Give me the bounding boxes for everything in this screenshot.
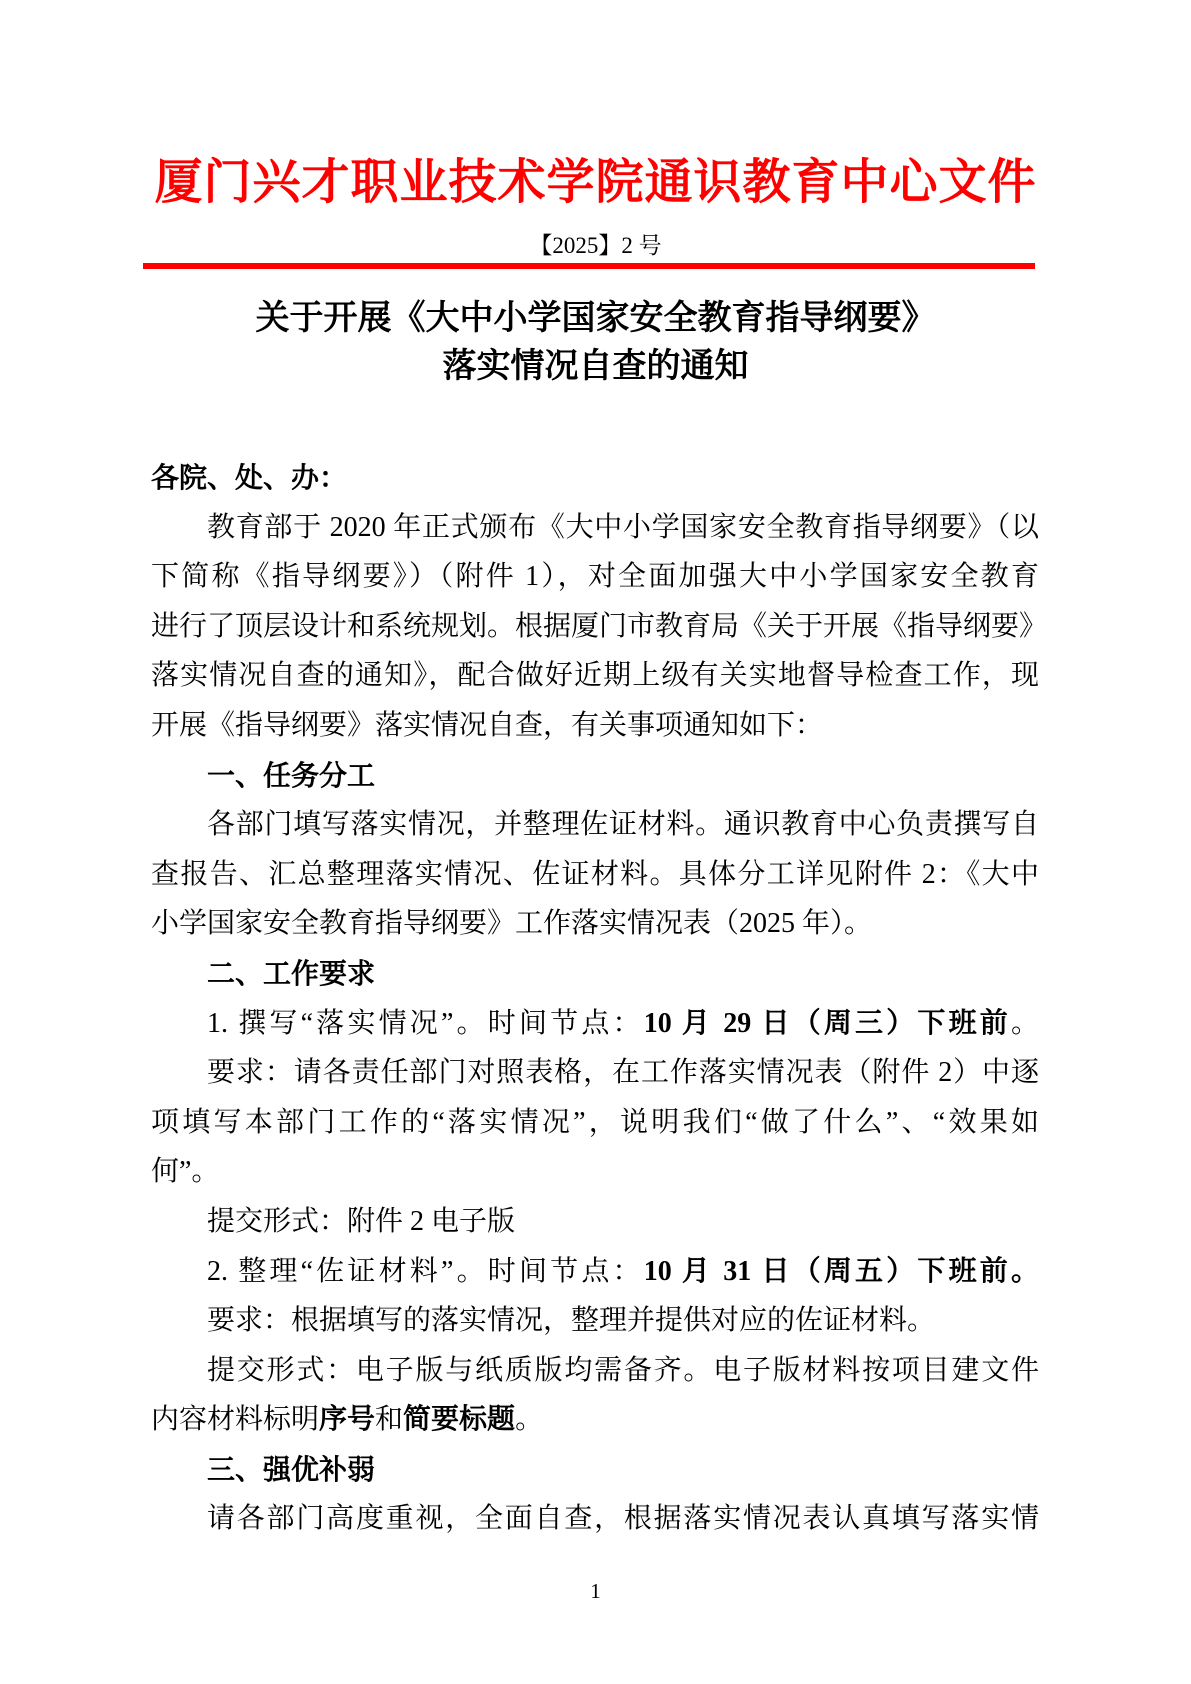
body-text-segment: 项填写本部门工作的“落实情况”，说明我们“做了什么”、“效果如 [151, 1107, 1039, 1138]
body-line: 落实情况自查的通知》，配合做好近期上级有关实地督导检查工作，现 [151, 651, 1039, 701]
section-heading: 二、工作要求 [151, 949, 1039, 999]
body-line: 各部门填写落实情况，并整理佐证材料。通识教育中心负责撰写自 [151, 800, 1039, 850]
section-heading: 三、强优补弱 [151, 1445, 1039, 1495]
red-divider-line [143, 263, 1035, 269]
document-body: 各院、处、办：教育部于 2020 年正式颁布《大中小学国家安全教育指导纲要》（以… [151, 453, 1039, 1544]
body-line: 项填写本部门工作的“落实情况”，说明我们“做了什么”、“效果如 [151, 1098, 1039, 1148]
body-text-segment: 要求：请各责任部门对照表格，在工作落实情况表（附件 2）中逐 [207, 1057, 1039, 1088]
page-number: 1 [0, 1578, 1191, 1604]
issue-number: 【2025】2 号 [0, 232, 1191, 260]
body-text-segment: 内容材料标明 [151, 1404, 319, 1435]
body-text-segment: 和 [375, 1404, 403, 1435]
body-line: 1. 撰写“落实情况”。时间节点：10 月 29 日（周三）下班前。 [151, 999, 1039, 1049]
body-line: 提交形式：附件 2 电子版 [151, 1197, 1039, 1247]
section-heading: 一、任务分工 [151, 751, 1039, 801]
body-text-segment: 教育部于 2020 年正式颁布《大中小学国家安全教育指导纲要》（以 [207, 512, 1039, 543]
body-line: 进行了顶层设计和系统规划。根据厦门市教育局《关于开展《指导纲要》 [151, 602, 1039, 652]
body-line: 要求：根据填写的落实情况，整理并提供对应的佐证材料。 [151, 1296, 1039, 1346]
document-title-line1: 关于开展《大中小学国家安全教育指导纲要》 [146, 294, 1045, 342]
body-line: 内容材料标明序号和简要标题。 [151, 1395, 1039, 1445]
body-line: 要求：请各责任部门对照表格，在工作落实情况表（附件 2）中逐 [151, 1048, 1039, 1098]
body-text-segment: 进行了顶层设计和系统规划。根据厦门市教育局《关于开展《指导纲要》 [151, 611, 1039, 642]
body-line: 查报告、汇总整理落实情况、佐证材料。具体分工详见附件 2：《大中 [151, 850, 1039, 900]
body-text-segment: 。 [515, 1404, 543, 1435]
body-text-segment: 开展《指导纲要》落实情况自查，有关事项通知如下： [151, 710, 823, 741]
body-line: 教育部于 2020 年正式颁布《大中小学国家安全教育指导纲要》（以 [151, 503, 1039, 553]
body-text-segment: 一、任务分工 [207, 760, 375, 791]
body-text-segment: 1. 撰写“落实情况”。时间节点： [207, 1008, 644, 1039]
body-line: 何”。 [151, 1147, 1039, 1197]
body-text-segment: 10 月 29 日（周三）下班前 [644, 1008, 1011, 1039]
body-text-segment: 下简称《指导纲要》）（附件 1），对全面加强大中小学国家安全教育 [151, 561, 1039, 592]
body-text-segment: 落实情况自查的通知》，配合做好近期上级有关实地督导检查工作，现 [151, 660, 1039, 691]
body-text-segment: 二、工作要求 [207, 958, 375, 989]
body-text-segment: 简要标题 [403, 1404, 515, 1435]
body-text-segment: 小学国家安全教育指导纲要》工作落实情况表（2025 年）。 [151, 908, 872, 939]
body-text-segment: 序号 [319, 1404, 375, 1435]
body-line: 下简称《指导纲要》）（附件 1），对全面加强大中小学国家安全教育 [151, 552, 1039, 602]
body-text-segment: 查报告、汇总整理落实情况、佐证材料。具体分工详见附件 2：《大中 [151, 859, 1039, 890]
body-line: 2. 整理“佐证材料”。时间节点：10 月 31 日（周五）下班前。 [151, 1247, 1039, 1297]
salutation-line: 各院、处、办： [151, 453, 1039, 503]
document-title: 关于开展《大中小学国家安全教育指导纲要》 落实情况自查的通知 [146, 294, 1045, 390]
document-title-line2: 落实情况自查的通知 [146, 342, 1045, 390]
body-text-segment: 各部门填写落实情况，并整理佐证材料。通识教育中心负责撰写自 [207, 809, 1039, 840]
document-page: 厦门兴才职业技术学院通识教育中心文件 【2025】2 号 关于开展《大中小学国家… [0, 0, 1191, 1684]
body-line: 开展《指导纲要》落实情况自查，有关事项通知如下： [151, 701, 1039, 751]
body-text-segment: 三、强优补弱 [207, 1454, 375, 1485]
body-text-segment: 各院、处、办： [151, 462, 347, 493]
body-text-segment: 要求：根据填写的落实情况，整理并提供对应的佐证材料。 [207, 1305, 935, 1336]
body-line: 小学国家安全教育指导纲要》工作落实情况表（2025 年）。 [151, 899, 1039, 949]
body-line: 提交形式：电子版与纸质版均需备齐。电子版材料按项目建文件夹， [151, 1346, 1039, 1396]
body-text-segment: 。 [1011, 1008, 1039, 1039]
body-line: 请各部门高度重视，全面自查，根据落实情况表认真填写落实情况、 [151, 1494, 1039, 1544]
body-text-segment: 10 月 31 日（周五）下班前。 [644, 1256, 1039, 1287]
body-text-segment: 提交形式：附件 2 电子版 [207, 1206, 515, 1237]
body-text-segment: 何”。 [151, 1156, 219, 1187]
body-text-segment: 请各部门高度重视，全面自查，根据落实情况表认真填写落实情况、 [151, 1503, 1039, 1544]
body-text-segment: 提交形式：电子版与纸质版均需备齐。电子版材料按项目建文件夹， [151, 1355, 1039, 1396]
red-header-org-title: 厦门兴才职业技术学院通识教育中心文件 [146, 154, 1045, 212]
body-text-segment: 2. 整理“佐证材料”。时间节点： [207, 1256, 644, 1287]
